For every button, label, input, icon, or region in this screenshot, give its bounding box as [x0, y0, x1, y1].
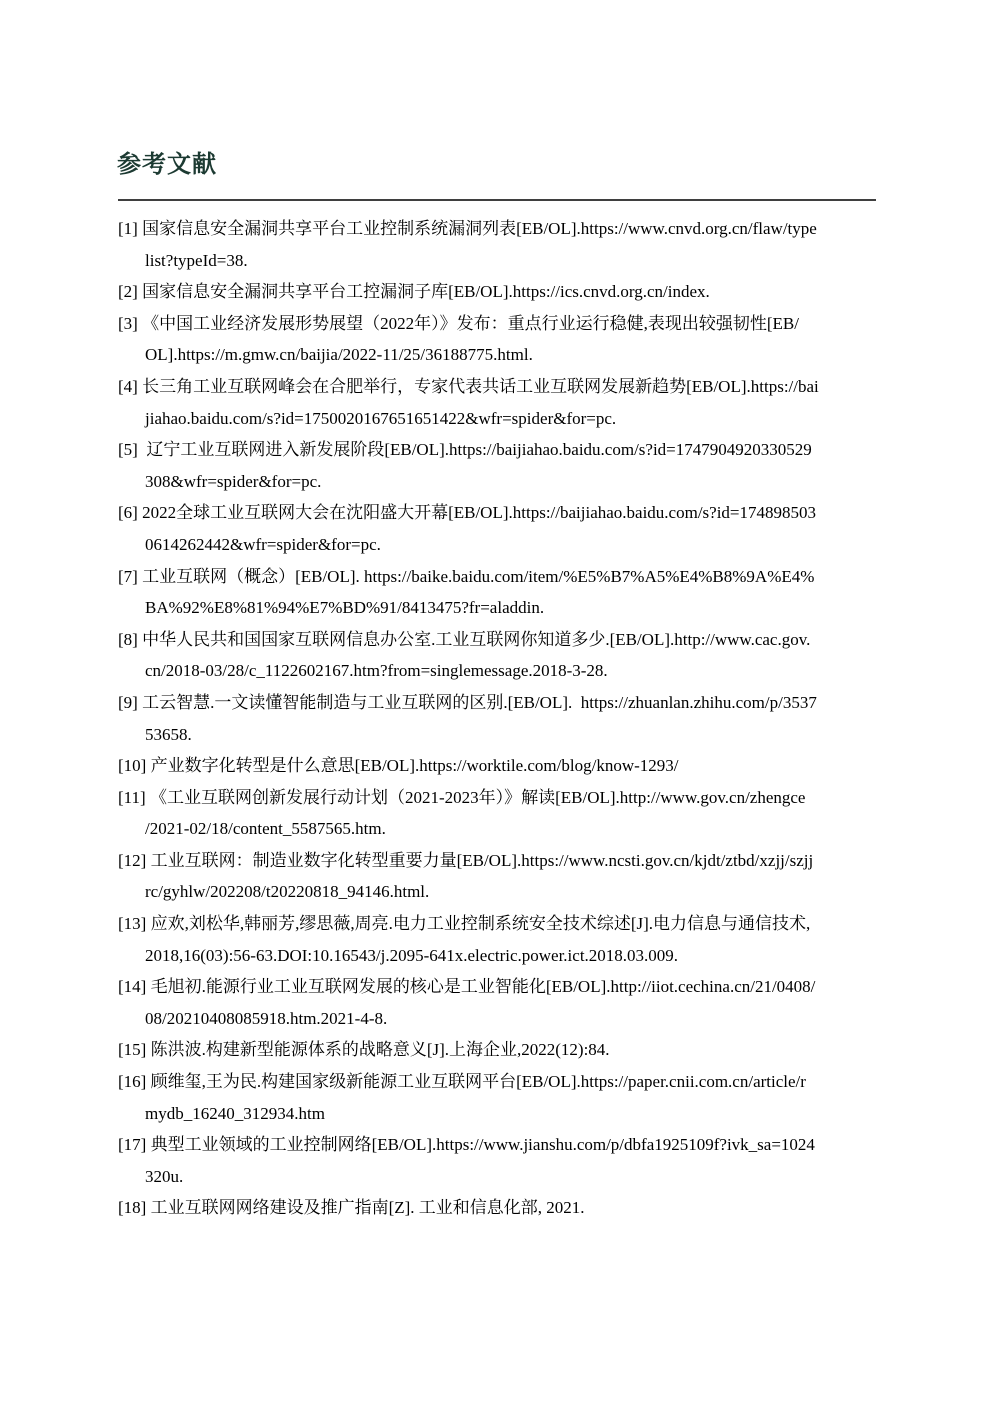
- references-list: [1] 国家信息安全漏洞共享平台工业控制系统漏洞列表[EB/OL].https:…: [118, 213, 908, 1224]
- reference-entry: [18] 工业互联网网络建设及推广指南[Z]. 工业和信息化部, 2021.: [118, 1192, 908, 1224]
- reference-entry: [7] 工业互联网（概念）[EB/OL]. https://baike.baid…: [118, 561, 908, 624]
- reference-first-line: [17] 典型工业领域的工业控制网络[EB/OL].https://www.ji…: [118, 1129, 908, 1161]
- reference-entry: [12] 工业互联网：制造业数字化转型重要力量[EB/OL].https://w…: [118, 845, 908, 908]
- reference-continuation-line: 53658.: [118, 719, 908, 751]
- reference-continuation-line: rc/gyhlw/202208/t20220818_94146.html.: [118, 876, 908, 908]
- reference-first-line: [15] 陈洪波.构建新型能源体系的战略意义[J].上海企业,2022(12):…: [118, 1034, 908, 1066]
- reference-continuation-line: OL].https://m.gmw.cn/baijia/2022-11/25/3…: [118, 339, 908, 371]
- reference-first-line: [7] 工业互联网（概念）[EB/OL]. https://baike.baid…: [118, 561, 908, 593]
- page-title: 参考文献: [117, 144, 217, 179]
- reference-continuation-line: cn/2018-03/28/c_1122602167.htm?from=sing…: [118, 655, 908, 687]
- reference-first-line: [18] 工业互联网网络建设及推广指南[Z]. 工业和信息化部, 2021.: [118, 1192, 908, 1224]
- reference-entry: [3] 《中国工业经济发展形势展望（2022年）》发布：重点行业运行稳健,表现出…: [118, 308, 908, 371]
- reference-entry: [11] 《工业互联网创新发展行动计划（2021-2023年）》解读[EB/OL…: [118, 782, 908, 845]
- reference-entry: [6] 2022全球工业互联网大会在沈阳盛大开幕[EB/OL].https://…: [118, 497, 908, 560]
- reference-first-line: [2] 国家信息安全漏洞共享平台工控漏洞子库[EB/OL].https://ic…: [118, 276, 908, 308]
- reference-first-line: [14] 毛旭初.能源行业工业互联网发展的核心是工业智能化[EB/OL].htt…: [118, 971, 908, 1003]
- reference-first-line: [8] 中华人民共和国国家互联网信息办公室.工业互联网你知道多少.[EB/OL]…: [118, 624, 908, 656]
- reference-first-line: [16] 顾维玺,王为民.构建国家级新能源工业互联网平台[EB/OL].http…: [118, 1066, 908, 1098]
- title-divider: [118, 199, 876, 201]
- reference-first-line: [11] 《工业互联网创新发展行动计划（2021-2023年）》解读[EB/OL…: [118, 782, 908, 814]
- reference-continuation-line: jiahao.baidu.com/s?id=175002016765165142…: [118, 403, 908, 435]
- reference-entry: [1] 国家信息安全漏洞共享平台工业控制系统漏洞列表[EB/OL].https:…: [118, 213, 908, 276]
- reference-first-line: [1] 国家信息安全漏洞共享平台工业控制系统漏洞列表[EB/OL].https:…: [118, 213, 908, 245]
- reference-entry: [2] 国家信息安全漏洞共享平台工控漏洞子库[EB/OL].https://ic…: [118, 276, 908, 308]
- reference-entry: [9] 工云智慧.一文读懂智能制造与工业互联网的区别.[EB/OL]. http…: [118, 687, 908, 750]
- reference-entry: [15] 陈洪波.构建新型能源体系的战略意义[J].上海企业,2022(12):…: [118, 1034, 908, 1066]
- reference-continuation-line: 320u.: [118, 1161, 908, 1193]
- reference-first-line: [6] 2022全球工业互联网大会在沈阳盛大开幕[EB/OL].https://…: [118, 497, 908, 529]
- reference-continuation-line: 08/20210408085918.htm.2021-4-8.: [118, 1003, 908, 1035]
- reference-continuation-line: mydb_16240_312934.htm: [118, 1098, 908, 1130]
- reference-entry: [4] 长三角工业互联网峰会在合肥举行，专家代表共话工业互联网发展新趋势[EB/…: [118, 371, 908, 434]
- reference-entry: [13] 应欢,刘松华,韩丽芳,缪思薇,周亮.电力工业控制系统安全技术综述[J]…: [118, 908, 908, 971]
- reference-entry: [5] 辽宁工业互联网进入新发展阶段[EB/OL].https://baijia…: [118, 434, 908, 497]
- reference-entry: [17] 典型工业领域的工业控制网络[EB/OL].https://www.ji…: [118, 1129, 908, 1192]
- reference-first-line: [5] 辽宁工业互联网进入新发展阶段[EB/OL].https://baijia…: [118, 434, 908, 466]
- reference-entry: [16] 顾维玺,王为民.构建国家级新能源工业互联网平台[EB/OL].http…: [118, 1066, 908, 1129]
- reference-continuation-line: 308&wfr=spider&for=pc.: [118, 466, 908, 498]
- reference-first-line: [12] 工业互联网：制造业数字化转型重要力量[EB/OL].https://w…: [118, 845, 908, 877]
- reference-continuation-line: 2018,16(03):56-63.DOI:10.16543/j.2095-64…: [118, 940, 908, 972]
- reference-first-line: [9] 工云智慧.一文读懂智能制造与工业互联网的区别.[EB/OL]. http…: [118, 687, 908, 719]
- reference-first-line: [3] 《中国工业经济发展形势展望（2022年）》发布：重点行业运行稳健,表现出…: [118, 308, 908, 340]
- reference-entry: [8] 中华人民共和国国家互联网信息办公室.工业互联网你知道多少.[EB/OL]…: [118, 624, 908, 687]
- reference-first-line: [4] 长三角工业互联网峰会在合肥举行，专家代表共话工业互联网发展新趋势[EB/…: [118, 371, 908, 403]
- reference-continuation-line: list?typeId=38.: [118, 245, 908, 277]
- reference-first-line: [10] 产业数字化转型是什么意思[EB/OL].https://worktil…: [118, 750, 908, 782]
- reference-continuation-line: BA%92%E8%81%94%E7%BD%91/8413475?fr=aladd…: [118, 592, 908, 624]
- reference-first-line: [13] 应欢,刘松华,韩丽芳,缪思薇,周亮.电力工业控制系统安全技术综述[J]…: [118, 908, 908, 940]
- reference-continuation-line: 0614262442&wfr=spider&for=pc.: [118, 529, 908, 561]
- reference-continuation-line: /2021-02/18/content_5587565.htm.: [118, 813, 908, 845]
- reference-entry: [14] 毛旭初.能源行业工业互联网发展的核心是工业智能化[EB/OL].htt…: [118, 971, 908, 1034]
- reference-entry: [10] 产业数字化转型是什么意思[EB/OL].https://worktil…: [118, 750, 908, 782]
